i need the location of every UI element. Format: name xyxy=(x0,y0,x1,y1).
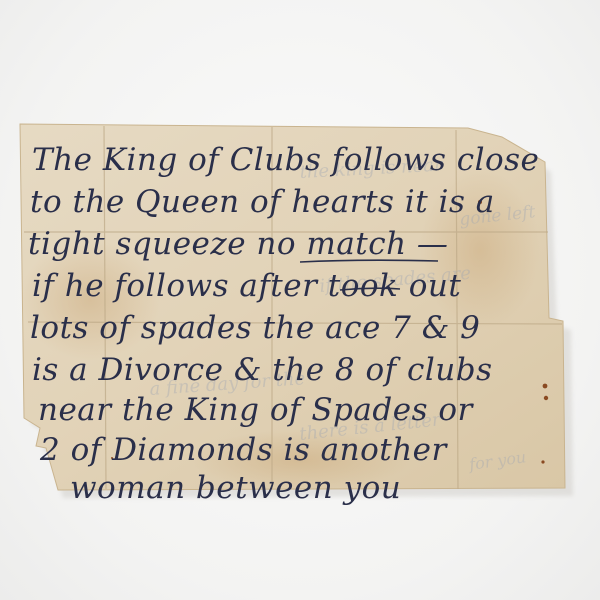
note-line: tight squeeze no match — xyxy=(28,226,448,262)
photo-scene: the king is near gone left if the spades… xyxy=(0,0,600,600)
note-line: The King of Clubs follows close xyxy=(32,142,539,178)
note-line: if he follows after took out xyxy=(32,268,461,304)
note-line: lots of spades the ace 7 & 9 xyxy=(30,310,480,346)
note-line: is a Divorce & the 8 of clubs xyxy=(32,352,492,388)
note-line: 2 of Diamonds is another xyxy=(39,432,449,468)
note-line: woman between you xyxy=(70,470,401,506)
note-line: near the King of Spades or xyxy=(38,392,474,428)
note-line: to the Queen of hearts it is a xyxy=(30,184,495,220)
handwritten-note-paper: the king is near gone left if the spades… xyxy=(0,0,600,600)
